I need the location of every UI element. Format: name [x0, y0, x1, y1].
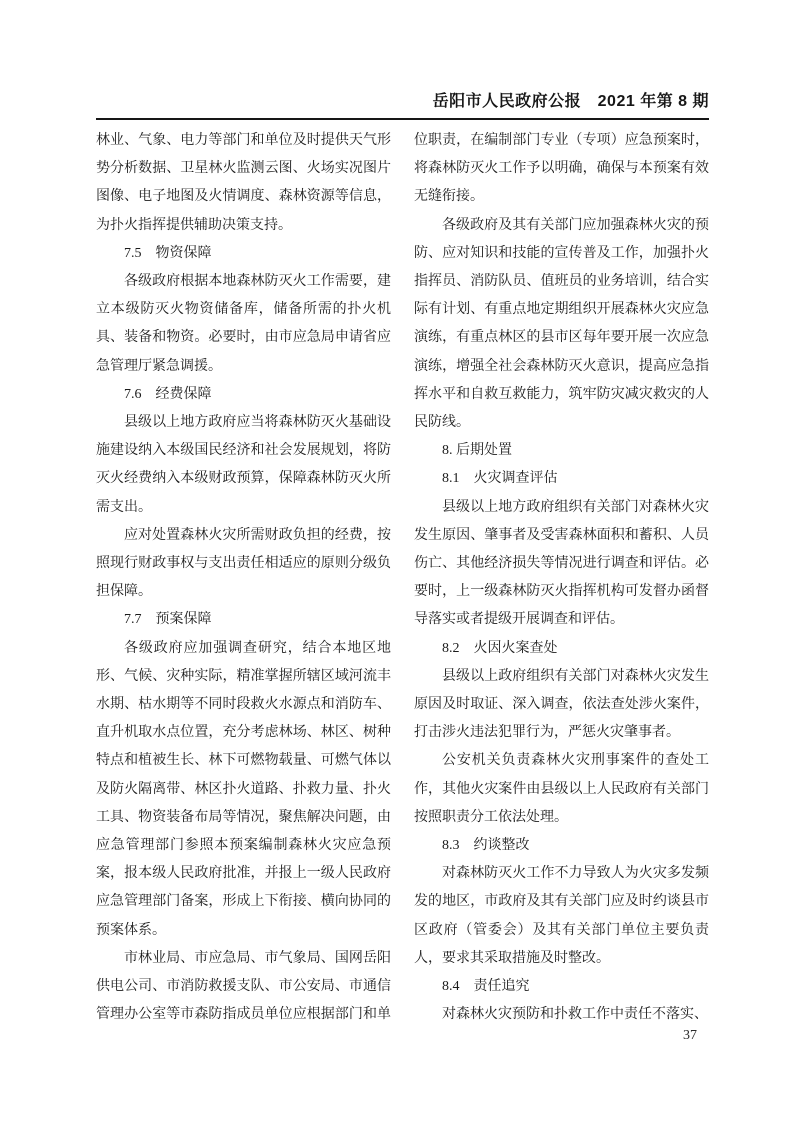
- section-heading-8-4: 8.4 责任追究: [414, 973, 709, 1001]
- paragraph: 对森林防灭火工作不力导致人为火灾多发频发的地区，市政府及其有关部门应及时约谈县市…: [414, 860, 709, 973]
- paragraph: 应对处置森林火灾所需财政负担的经费，按照现行财政事权与支出责任相适应的原则分级负…: [96, 522, 391, 607]
- page-number: 37: [683, 1026, 697, 1046]
- document-body: 林业、气象、电力等部门和单位及时提供天气形势分析数据、卫星林火监测云图、火场实况…: [96, 127, 709, 1033]
- paragraph: 对森林火灾预防和扑救工作中责任不落实、: [414, 1001, 709, 1029]
- paragraph: 各级政府根据本地森林防灭火工作需要，建立本级防灭火物资储备库，储备所需的扑火机具…: [96, 268, 391, 381]
- section-heading-7-6: 7.6 经费保障: [96, 381, 391, 409]
- paragraph: 县级以上地方政府组织有关部门对森林火灾发生原因、肇事者及受害森林面积和蓄积、人员…: [414, 494, 709, 635]
- section-heading-8-3: 8.3 约谈整改: [414, 832, 709, 860]
- section-heading-8-1: 8.1 火灾调查评估: [414, 465, 709, 493]
- gazette-title: 岳阳市人民政府公报 2021 年第 8 期: [433, 93, 709, 110]
- paragraph: 各级政府应加强调查研究，结合本地区地形、气候、灾种实际，精准掌握所辖区域河流丰水…: [96, 635, 391, 945]
- section-heading-7-5: 7.5 物资保障: [96, 240, 391, 268]
- gazette-page: 岳阳市人民政府公报 2021 年第 8 期 林业、气象、电力等部门和单位及时提供…: [0, 0, 793, 1122]
- section-heading-8: 8. 后期处置: [414, 437, 709, 465]
- section-heading-7-7: 7.7 预案保障: [96, 606, 391, 634]
- paragraph: 各级政府及其有关部门应加强森林火灾的预防、应对知识和技能的宣传普及工作，加强扑火…: [414, 212, 709, 438]
- paragraph: 公安机关负责森林火灾刑事案件的查处工作，其他火灾案件由县级以上人民政府有关部门按…: [414, 747, 709, 832]
- paragraph: 县级以上政府组织有关部门对森林火灾发生原因及时取证、深入调查，依法查处涉火案件，…: [414, 663, 709, 748]
- paragraph-continued: 林业、气象、电力等部门和单位及时提供天气形势分析数据、卫星林火监测云图、火场实况…: [96, 127, 391, 240]
- page-header: 岳阳市人民政府公报 2021 年第 8 期: [96, 92, 709, 120]
- paragraph: 县级以上地方政府应当将森林防灭火基础设施建设纳入本级国民经济和社会发展规划，将防…: [96, 409, 391, 522]
- section-heading-8-2: 8.2 火因火案查处: [414, 635, 709, 663]
